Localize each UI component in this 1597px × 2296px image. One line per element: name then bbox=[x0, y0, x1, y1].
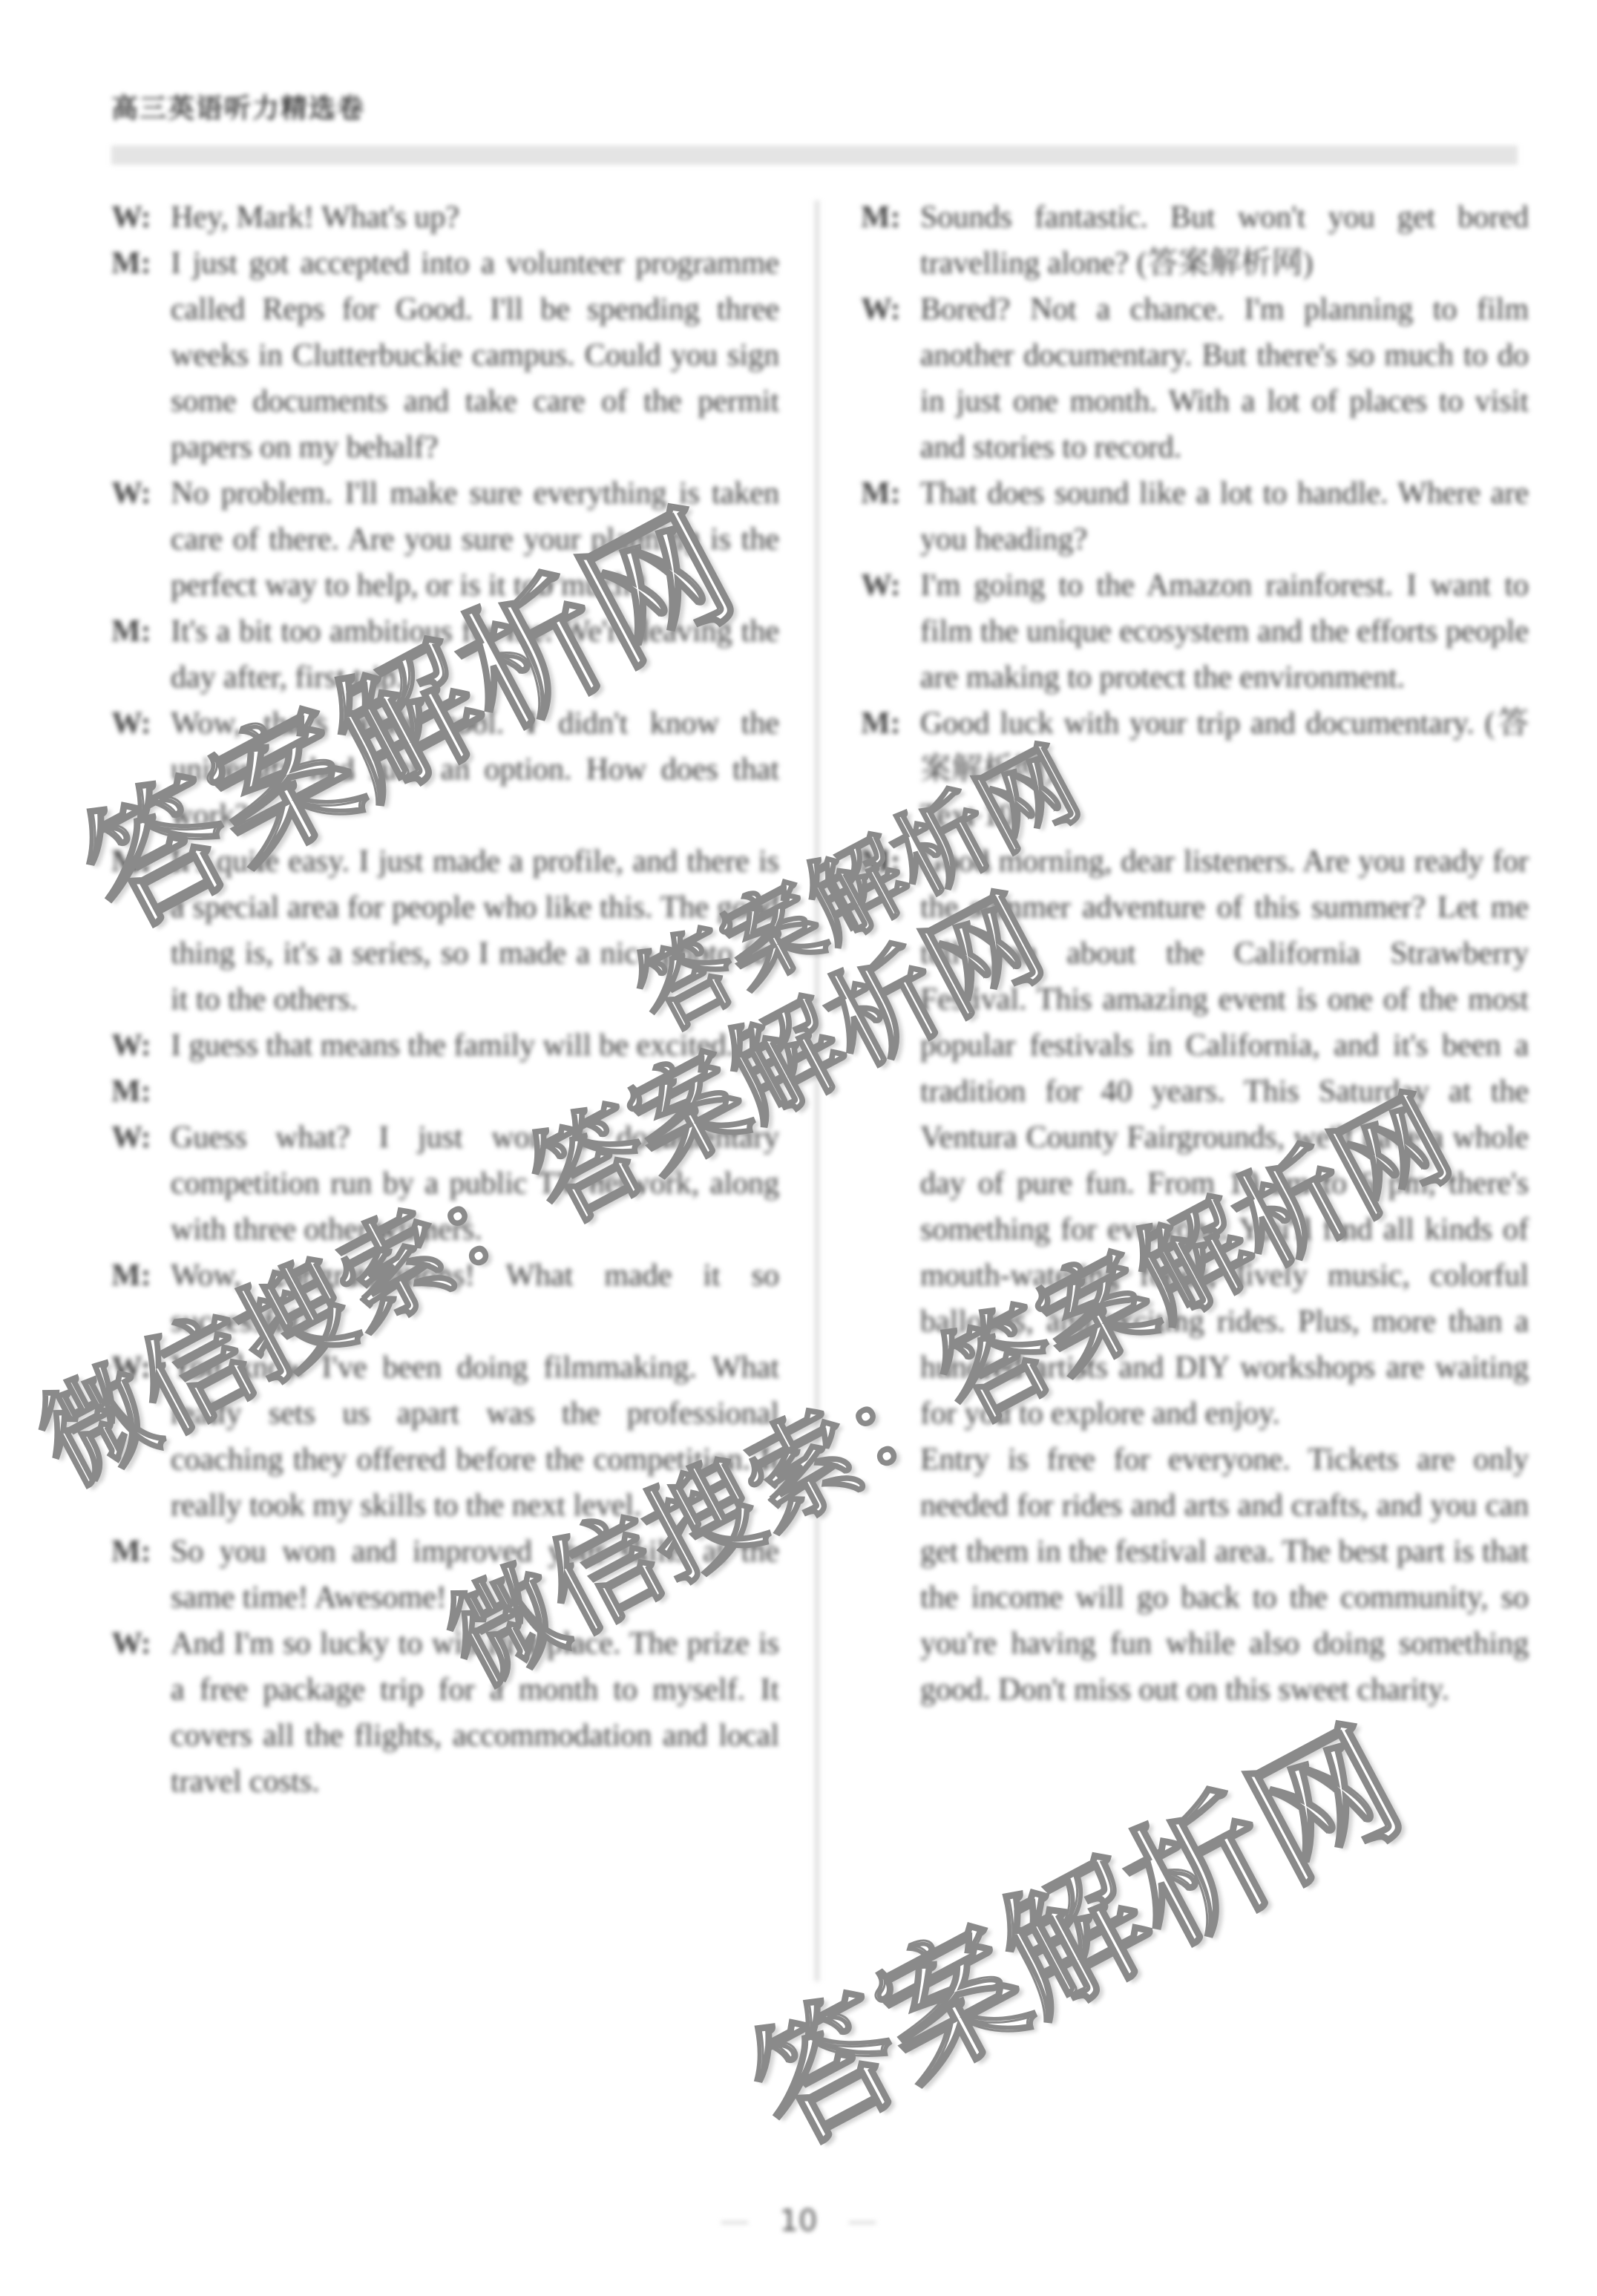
speaker-label bbox=[861, 1437, 920, 1713]
speaker-label: M: bbox=[111, 839, 171, 1023]
dialogue-text: It's quite easy. I just made a profile, … bbox=[171, 839, 779, 1023]
speaker-label: W: bbox=[861, 286, 920, 470]
dialogue-text: Good luck with your trip and documentary… bbox=[920, 701, 1529, 793]
dialogue-line: W:Hey, Mark! What's up? bbox=[111, 194, 779, 240]
dialogue-text: You know I've been doing filmmaking. Wha… bbox=[171, 1345, 779, 1529]
speaker-label: W: bbox=[111, 1621, 171, 1805]
speaker-label: M: bbox=[111, 240, 171, 470]
dialogue-text: Good morning, dear listeners. Are you re… bbox=[920, 839, 1529, 1437]
speaker-label: M: bbox=[861, 194, 920, 286]
speaker-label: W: bbox=[111, 194, 171, 240]
speaker-label: M: bbox=[861, 701, 920, 793]
dialogue-line: M: bbox=[111, 1069, 779, 1115]
left-column: W:Hey, Mark! What's up?M:I just got acce… bbox=[111, 194, 779, 1805]
dialogue-text bbox=[171, 1069, 779, 1115]
speaker-label bbox=[861, 793, 920, 839]
dialogue-line: M:Good morning, dear listeners. Are you … bbox=[861, 839, 1529, 1437]
header-title: 高三英语听力精选卷 bbox=[111, 88, 365, 125]
right-column: M:Sounds fantastic. But won't you get bo… bbox=[861, 194, 1529, 1713]
speaker-label: M: bbox=[111, 1253, 171, 1345]
column-divider bbox=[814, 200, 820, 1981]
dialogue-line: W:Bored? Not a chance. I'm planning to f… bbox=[861, 286, 1529, 470]
dialogue-text: Wow, congratulations! What made it so su… bbox=[171, 1253, 779, 1345]
page-number: 10 bbox=[780, 2204, 818, 2238]
dialogue-text: Bored? Not a chance. I'm planning to fil… bbox=[920, 286, 1529, 470]
speaker-label: M: bbox=[111, 609, 171, 701]
dialogue-line: M:So you won and improved your skills at… bbox=[111, 1529, 779, 1621]
dialogue-text: Hey, Mark! What's up? bbox=[171, 194, 779, 240]
header-rule bbox=[111, 145, 1518, 165]
dialogue-text: Entry is free for everyone. Tickets are … bbox=[920, 1437, 1529, 1713]
footer-dash-left: — bbox=[720, 2204, 750, 2238]
dialogue-text: So you won and improved your skills at t… bbox=[171, 1529, 779, 1621]
speaker-label: W: bbox=[111, 1023, 171, 1069]
page-footer: — 10 — bbox=[0, 2204, 1597, 2238]
dialogue-text: I guess that means the family will be ex… bbox=[171, 1023, 779, 1069]
dialogue-text: No problem. I'll make sure everything is… bbox=[171, 470, 779, 609]
dialogue-text: And I'm so lucky to win first place. The… bbox=[171, 1621, 779, 1805]
dialogue-text: Text 10 bbox=[920, 793, 1529, 839]
dialogue-line: M:Wow, congratulations! What made it so … bbox=[111, 1253, 779, 1345]
dialogue-text: It's a bit too ambitious for me. We're l… bbox=[171, 609, 779, 701]
speaker-label: W: bbox=[111, 1345, 171, 1529]
dialogue-line: W:And I'm so lucky to win first place. T… bbox=[111, 1621, 779, 1805]
dialogue-line: Text 10 bbox=[861, 793, 1529, 839]
dialogue-line: W:I'm going to the Amazon rainforest. I … bbox=[861, 562, 1529, 701]
speaker-label: M: bbox=[861, 839, 920, 1437]
speaker-label: W: bbox=[111, 1115, 171, 1253]
dialogue-line: M:Sounds fantastic. But won't you get bo… bbox=[861, 194, 1529, 286]
speaker-label: M: bbox=[111, 1069, 171, 1115]
dialogue-line: M:That does sound like a lot to handle. … bbox=[861, 470, 1529, 562]
speaker-label: M: bbox=[111, 1529, 171, 1621]
dialogue-line: W:Wow, that's really cool. I didn't know… bbox=[111, 701, 779, 839]
dialogue-line: W:No problem. I'll make sure everything … bbox=[111, 470, 779, 609]
dialogue-line: M:It's a bit too ambitious for me. We're… bbox=[111, 609, 779, 701]
dialogue-line: W:I guess that means the family will be … bbox=[111, 1023, 779, 1069]
footer-dash-right: — bbox=[847, 2204, 877, 2238]
dialogue-text: I just got accepted into a volunteer pro… bbox=[171, 240, 779, 470]
dialogue-line: M:Good luck with your trip and documenta… bbox=[861, 701, 1529, 793]
dialogue-line: W:You know I've been doing filmmaking. W… bbox=[111, 1345, 779, 1529]
speaker-label: W: bbox=[861, 562, 920, 701]
dialogue-line: W:Guess what? I just won a documentary c… bbox=[111, 1115, 779, 1253]
speaker-label: W: bbox=[111, 470, 171, 609]
dialogue-text: I'm going to the Amazon rainforest. I wa… bbox=[920, 562, 1529, 701]
speaker-label: M: bbox=[861, 470, 920, 562]
dialogue-line: M:I just got accepted into a volunteer p… bbox=[111, 240, 779, 470]
dialogue-line: M:It's quite easy. I just made a profile… bbox=[111, 839, 779, 1023]
speaker-label: W: bbox=[111, 701, 171, 839]
dialogue-line: Entry is free for everyone. Tickets are … bbox=[861, 1437, 1529, 1713]
dialogue-text: Guess what? I just won a documentary com… bbox=[171, 1115, 779, 1253]
dialogue-text: That does sound like a lot to handle. Wh… bbox=[920, 470, 1529, 562]
document-page: 高三英语听力精选卷 W:Hey, Mark! What's up?M:I jus… bbox=[0, 0, 1597, 2296]
dialogue-text: Sounds fantastic. But won't you get bore… bbox=[920, 194, 1529, 286]
dialogue-text: Wow, that's really cool. I didn't know t… bbox=[171, 701, 779, 839]
